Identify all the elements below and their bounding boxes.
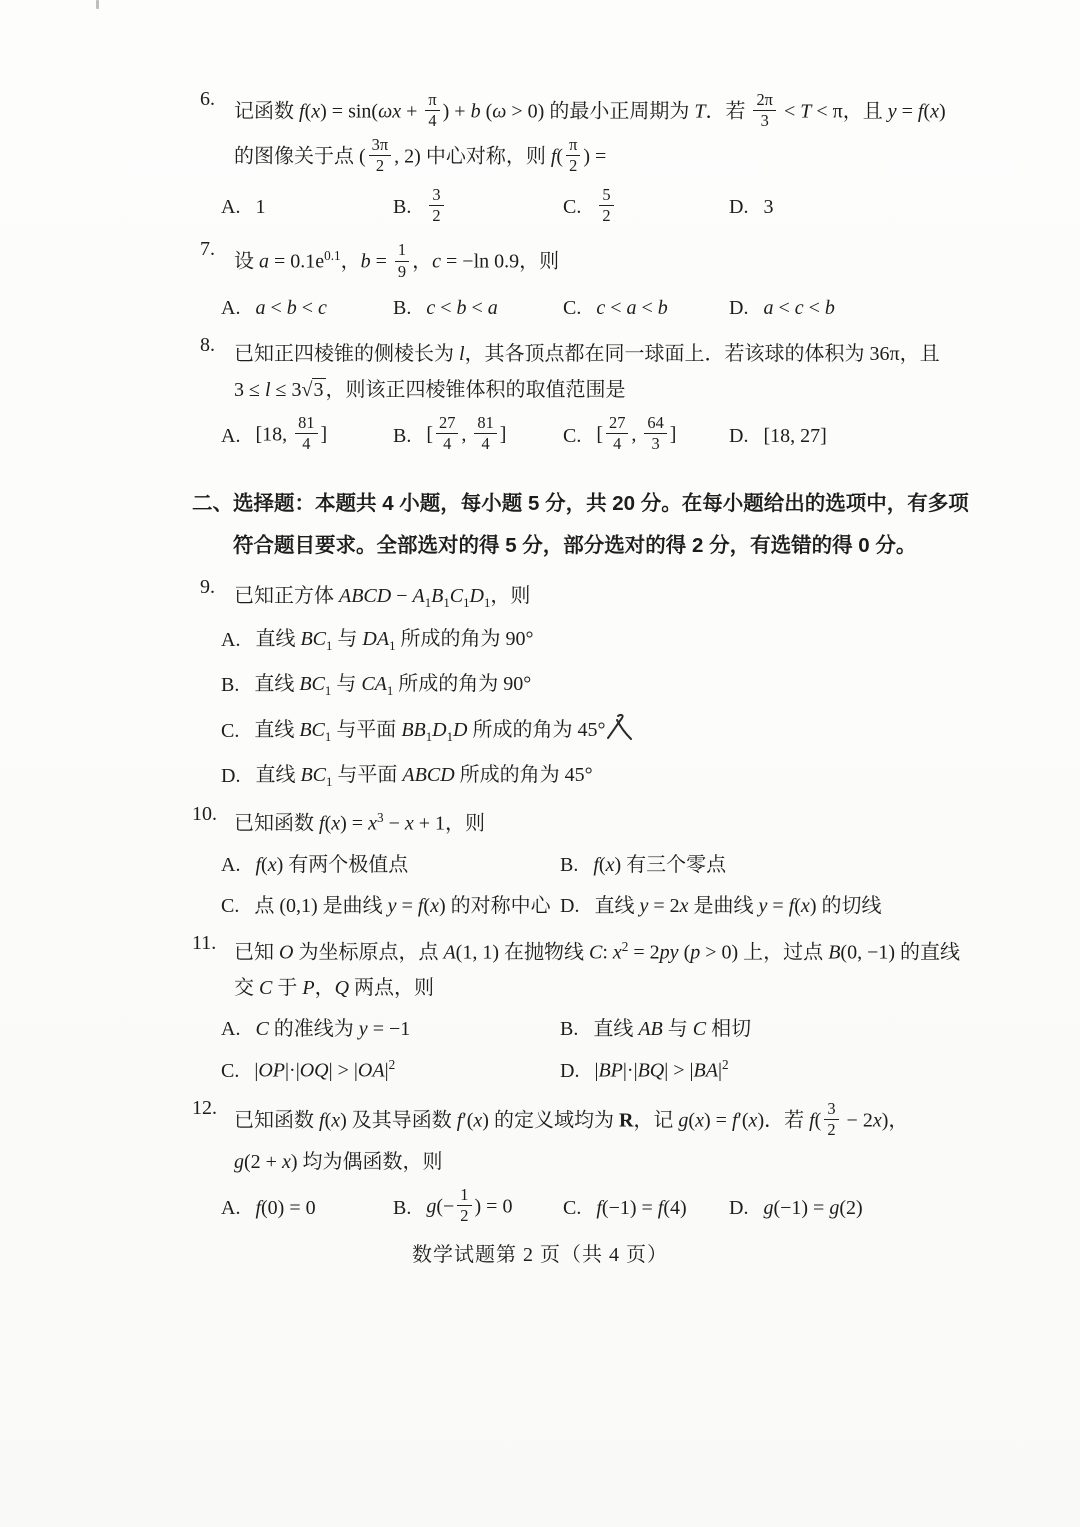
- option-8-D: D.[18, 27]: [729, 416, 920, 456]
- option-text: 52: [596, 188, 616, 228]
- option-label: C.: [563, 421, 581, 451]
- question-text-line: 已知函数 f(x) = x3 − x + 1，则: [234, 808, 920, 840]
- fraction: 814: [295, 414, 317, 454]
- option-text: [18, 814]: [255, 416, 327, 456]
- option-label: A.: [221, 192, 240, 222]
- option-11-B: B.直线 AB 与 C 相切: [560, 1014, 920, 1044]
- option-label: D.: [560, 1056, 579, 1086]
- question-body: 设 a = 0.1e0.1，b = 19，c = −ln 0.9，则A.a < …: [234, 238, 920, 325]
- option-10-D: D.直线 y = 2x 是曲线 y = f(x) 的切线: [560, 891, 920, 921]
- question-9: 9.已知正方体 ABCD − A1B1C1D1，则A.直线 BC1 与 DA1 …: [200, 576, 920, 794]
- option-text: g(−12) = 0: [426, 1188, 512, 1228]
- question-text-line: 已知 O 为坐标原点，点 A(1, 1) 在抛物线 C: x2 = 2py (p…: [234, 937, 920, 969]
- option-label: A.: [221, 850, 240, 880]
- question-number: 9.: [200, 576, 234, 599]
- question-number: 8.: [200, 334, 234, 357]
- option-6-D: D.3: [729, 188, 920, 228]
- option-label: C.: [563, 293, 581, 323]
- question-number: 10.: [192, 803, 234, 826]
- option-text: 32: [426, 188, 446, 228]
- option-6-A: A.1: [221, 188, 393, 228]
- options-9: A.直线 BC1 与 DA1 所成的角为 90°B.直线 BC1 与 CA1 所…: [221, 624, 920, 792]
- option-text: 1: [255, 192, 265, 222]
- option-label: A.: [221, 625, 240, 655]
- section-heading-line: 二、选择题：本题共 4 小题，每小题 5 分，共 20 分。在每小题给出的选项中…: [192, 488, 920, 521]
- question-11: 11.已知 O 为坐标原点，点 A(1, 1) 在抛物线 C: x2 = 2py…: [200, 932, 920, 1088]
- option-text: 直线 BC1 与 CA1 所成的角为 90°: [254, 669, 531, 701]
- fraction: 3π2: [369, 136, 391, 176]
- option-label: C.: [563, 192, 581, 222]
- question-text-line: 已知正四棱锥的侧棱长为 l，其各顶点都在同一球面上．若该球的体积为 36π，且: [234, 339, 920, 370]
- option-7-B: B.c < b < a: [393, 293, 563, 323]
- option-label: B.: [393, 192, 411, 222]
- option-text: a < b < c: [255, 293, 326, 323]
- question-6: 6.记函数 f(x) = sin(ωx + π4) + b (ω > 0) 的最…: [200, 88, 920, 229]
- fraction: 32: [429, 186, 443, 226]
- option-label: C.: [221, 716, 239, 746]
- option-11-D: D.|BP|·|BQ| > |BA|2: [560, 1055, 920, 1086]
- option-text: 直线 AB 与 C 相切: [593, 1014, 751, 1044]
- option-label: A.: [221, 1193, 240, 1223]
- option-text: a < c < b: [763, 293, 834, 323]
- section-heading: 二、选择题：本题共 4 小题，每小题 5 分，共 20 分。在每小题给出的选项中…: [192, 488, 920, 563]
- exam-page: 6.记函数 f(x) = sin(ωx + π4) + b (ω > 0) 的最…: [0, 0, 1080, 1527]
- option-label: A.: [221, 293, 240, 323]
- option-text: c < a < b: [596, 293, 667, 323]
- question-12: 12.已知函数 f(x) 及其导函数 f′(x) 的定义域均为 R，记 g(x)…: [200, 1097, 920, 1230]
- option-label: D.: [729, 293, 748, 323]
- options-8: A.[18, 814]B.[274, 814]C.[274, 643]D.[18…: [221, 416, 920, 456]
- fraction: 32: [824, 1100, 838, 1140]
- option-label: D.: [729, 421, 748, 451]
- fraction: 2π3: [753, 91, 775, 131]
- option-10-A: A.f(x) 有两个极值点: [221, 850, 560, 880]
- question-body: 已知函数 f(x) = x3 − x + 1，则A.f(x) 有两个极值点B.f…: [234, 803, 920, 923]
- option-label: D.: [729, 192, 748, 222]
- fraction: π2: [566, 136, 580, 176]
- option-12-A: A.f(0) = 0: [221, 1188, 393, 1228]
- option-text: [274, 814]: [426, 416, 506, 456]
- option-7-A: A.a < b < c: [221, 293, 393, 323]
- option-text: f(x) 有两个极值点: [255, 850, 408, 880]
- option-label: B.: [393, 293, 411, 323]
- question-body: 已知正四棱锥的侧棱长为 l，其各顶点都在同一球面上．若该球的体积为 36π，且3…: [234, 334, 920, 458]
- scan-artifact: [96, 0, 99, 9]
- pen-mark: [606, 713, 632, 740]
- option-label: D.: [221, 761, 240, 791]
- question-body: 记函数 f(x) = sin(ωx + π4) + b (ω > 0) 的最小正…: [234, 88, 920, 229]
- option-12-B: B.g(−12) = 0: [393, 1188, 563, 1228]
- question-text-line: 已知函数 f(x) 及其导函数 f′(x) 的定义域均为 R，记 g(x) = …: [234, 1102, 920, 1142]
- option-label: C.: [221, 1056, 239, 1086]
- option-8-B: B.[274, 814]: [393, 416, 563, 456]
- option-text: C 的准线为 y = −1: [255, 1014, 410, 1044]
- option-label: D.: [560, 891, 579, 921]
- question-text-line: g(2 + x) 均为偶函数，则: [234, 1147, 920, 1178]
- fraction: 643: [644, 414, 666, 454]
- option-10-B: B.f(x) 有三个零点: [560, 850, 920, 880]
- option-6-C: C.52: [563, 188, 729, 228]
- option-label: C.: [221, 891, 239, 921]
- questions-list: 6.记函数 f(x) = sin(ωx + π4) + b (ω > 0) 的最…: [0, 0, 1080, 1229]
- options-7: A.a < b < cB.c < b < aC.c < a < bD.a < c…: [221, 293, 920, 323]
- option-9-D: D.直线 BC1 与平面 ABCD 所成的角为 45°: [221, 760, 920, 792]
- options-6: A.1B.32C.52D.3: [221, 188, 920, 228]
- square-root: √3: [302, 379, 326, 401]
- fraction: 12: [457, 1186, 471, 1226]
- question-text-line: 的图像关于点 (3π2, 2) 中心对称，则 f(π2) =: [234, 138, 920, 178]
- option-8-A: A.[18, 814]: [221, 416, 393, 456]
- option-text: [18, 27]: [763, 421, 826, 451]
- fraction: 274: [606, 414, 628, 454]
- question-body: 已知函数 f(x) 及其导函数 f′(x) 的定义域均为 R，记 g(x) = …: [234, 1097, 920, 1230]
- option-11-C: C.|OP|·|OQ| > |OA|2: [221, 1055, 560, 1086]
- option-text: c < b < a: [426, 293, 497, 323]
- option-11-A: A.C 的准线为 y = −1: [221, 1014, 560, 1044]
- fraction: π4: [425, 91, 439, 131]
- page-footer: 数学试题第 2 页（共 4 页）: [0, 1238, 1080, 1267]
- option-label: A.: [221, 421, 240, 451]
- option-9-B: B.直线 BC1 与 CA1 所成的角为 90°: [221, 669, 920, 701]
- option-9-C: C.直线 BC1 与平面 BB1D1D 所成的角为 45°: [221, 715, 920, 747]
- option-7-D: D.a < c < b: [729, 293, 920, 323]
- question-number: 12.: [192, 1097, 234, 1120]
- question-text-line: 已知正方体 ABCD − A1B1C1D1，则: [234, 581, 920, 614]
- option-12-D: D.g(−1) = g(2): [729, 1188, 920, 1228]
- section-heading-line: 符合题目要求。全部选对的得 5 分，部分选对的得 2 分，有选错的得 0 分。: [192, 530, 920, 563]
- question-body: 已知 O 为坐标原点，点 A(1, 1) 在抛物线 C: x2 = 2py (p…: [234, 932, 920, 1088]
- fraction: 52: [599, 186, 613, 226]
- option-label: B.: [560, 1014, 578, 1044]
- option-10-C: C.点 (0,1) 是曲线 y = f(x) 的对称中心: [221, 891, 560, 921]
- question-text-line: 设 a = 0.1e0.1，b = 19，c = −ln 0.9，则: [234, 243, 920, 283]
- question-text-line: 3 ≤ l ≤ 3√3，则该正四棱锥体积的取值范围是: [234, 375, 920, 406]
- option-label: B.: [393, 1193, 411, 1223]
- options-11: A.C 的准线为 y = −1B.直线 AB 与 C 相切C.|OP|·|OQ|…: [221, 1014, 920, 1086]
- option-6-B: B.32: [393, 188, 563, 228]
- question-10: 10.已知函数 f(x) = x3 − x + 1，则A.f(x) 有两个极值点…: [200, 803, 920, 923]
- option-label: B.: [560, 850, 578, 880]
- option-text: 直线 BC1 与 DA1 所成的角为 90°: [255, 624, 533, 656]
- question-text-line: 交 C 于 P，Q 两点，则: [234, 973, 920, 1004]
- option-text: 点 (0,1) 是曲线 y = f(x) 的对称中心: [254, 891, 550, 921]
- question-number: 6.: [200, 88, 234, 111]
- option-text: [274, 643]: [596, 416, 676, 456]
- option-text: f(x) 有三个零点: [593, 850, 726, 880]
- option-7-C: C.c < a < b: [563, 293, 729, 323]
- option-label: C.: [563, 1193, 581, 1223]
- option-text: 直线 BC1 与平面 ABCD 所成的角为 45°: [255, 760, 592, 792]
- option-text: 3: [763, 192, 773, 222]
- option-text: |BP|·|BQ| > |BA|2: [594, 1055, 728, 1086]
- option-text: f(−1) = f(4): [596, 1193, 686, 1223]
- question-body: 已知正方体 ABCD − A1B1C1D1，则A.直线 BC1 与 DA1 所成…: [234, 576, 920, 794]
- option-label: D.: [729, 1193, 748, 1223]
- option-12-C: C.f(−1) = f(4): [563, 1188, 729, 1228]
- option-label: B.: [393, 421, 411, 451]
- question-number: 7.: [200, 238, 234, 261]
- fraction: 814: [474, 414, 496, 454]
- question-text-line: 记函数 f(x) = sin(ωx + π4) + b (ω > 0) 的最小正…: [234, 93, 920, 133]
- option-text: 直线 y = 2x 是曲线 y = f(x) 的切线: [594, 891, 881, 921]
- fraction: 19: [395, 241, 409, 281]
- question-7: 7.设 a = 0.1e0.1，b = 19，c = −ln 0.9，则A.a …: [200, 238, 920, 325]
- options-10: A.f(x) 有两个极值点B.f(x) 有三个零点C.点 (0,1) 是曲线 y…: [221, 850, 920, 921]
- question-8: 8.已知正四棱锥的侧棱长为 l，其各顶点都在同一球面上．若该球的体积为 36π，…: [200, 334, 920, 458]
- option-text: g(−1) = g(2): [763, 1193, 862, 1223]
- option-text: 直线 BC1 与平面 BB1D1D 所成的角为 45°: [254, 715, 632, 747]
- option-text: f(0) = 0: [255, 1193, 315, 1223]
- options-12: A.f(0) = 0B.g(−12) = 0C.f(−1) = f(4)D.g(…: [221, 1188, 920, 1228]
- option-text: |OP|·|OQ| > |OA|2: [254, 1055, 395, 1086]
- option-8-C: C.[274, 643]: [563, 416, 729, 456]
- option-label: A.: [221, 1014, 240, 1044]
- option-label: B.: [221, 670, 239, 700]
- question-number: 11.: [192, 932, 234, 955]
- fraction: 274: [436, 414, 458, 454]
- option-9-A: A.直线 BC1 与 DA1 所成的角为 90°: [221, 624, 920, 656]
